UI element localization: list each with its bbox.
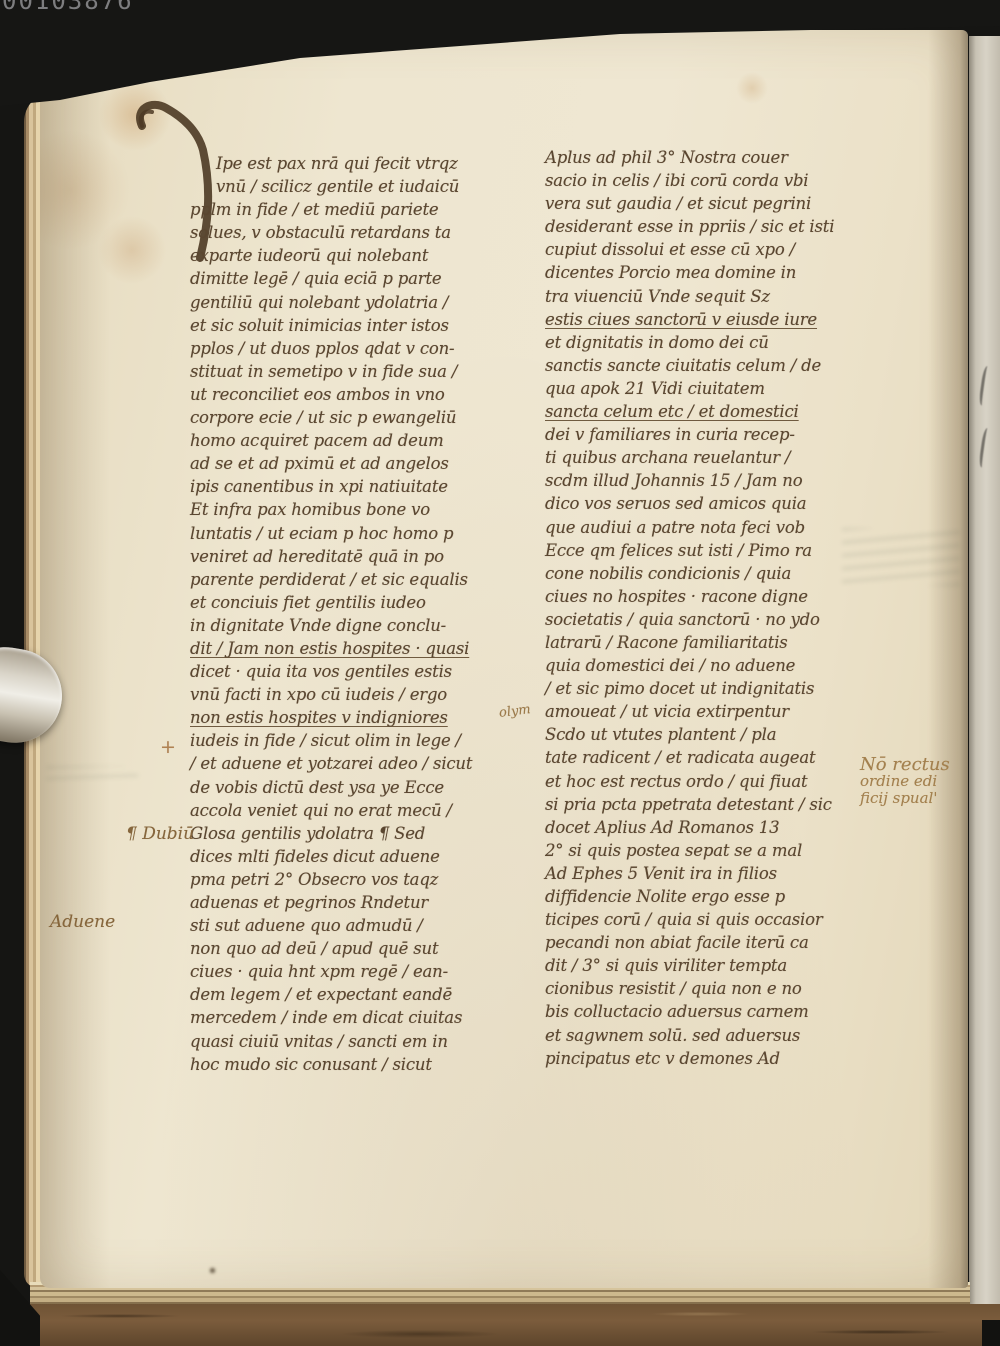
- manuscript-line: in dignitate Vnde digne conclu-: [190, 614, 522, 637]
- facing-page-edge: [969, 36, 1000, 1304]
- manuscript-line: Scdo ut vtutes plantent / pla: [545, 723, 945, 746]
- manuscript-line: cionibus resistit / quia non e no: [545, 977, 945, 1000]
- manuscript-line: / et sic pimo docet ut indignitatis: [545, 677, 945, 700]
- manuscript-line: sanctis sancte ciuitatis celum / de: [545, 354, 945, 377]
- manuscript-line: Et infra pax homibus bone vo: [190, 498, 522, 521]
- facing-page-ink-mark: [978, 366, 992, 407]
- manuscript-line: dico vos seruos sed amicos quia: [545, 492, 945, 515]
- manuscript-line: et sic soluit inimicias inter istos: [190, 314, 522, 337]
- manuscript-line: accola veniet qui no erat mecū /: [190, 799, 522, 822]
- ink-bleedthrough: [842, 528, 960, 586]
- manuscript-line: sancta celum etc / et domestici: [545, 400, 945, 423]
- manuscript-line: latrarū / Racone familiaritatis: [545, 631, 945, 654]
- gutter-shadow: [40, 30, 110, 1288]
- manuscript-line: cupiut dissolui et esse cū xpo /: [545, 238, 945, 261]
- manuscript-line: vera sut gaudia / et sicut pegrini: [545, 192, 945, 215]
- manuscript-line: non quo ad deū / apud quē sut: [190, 937, 522, 960]
- manuscript-line: Aplus ad phil 3° Nostra couer: [545, 146, 945, 169]
- manuscript-line: non estis hospites v indigniores: [190, 706, 522, 729]
- manuscript-line: / et aduene et yotzarei adeo / sicut: [190, 752, 522, 775]
- manuscript-line: bis colluctacio aduersus carnem: [545, 1000, 945, 1023]
- text-column-right: Aplus ad phil 3° Nostra couersacio in ce…: [545, 146, 945, 1070]
- manuscript-line: ciues · quia hnt xpm regē / ean-: [190, 960, 522, 983]
- manuscript-line: tra viuenciū Vnde sequit Sz: [545, 285, 945, 308]
- manuscript-line: dit / Jam non estis hospites · quasi: [190, 637, 522, 660]
- manuscript-line: exparte iudeorū qui nolebant: [190, 244, 522, 267]
- margin-note-rubric-line: ficij spual': [860, 790, 990, 807]
- manuscript-line: aduenas et pegrinos Rndetur: [190, 891, 522, 914]
- manuscript-line: homo acquiret pacem ad deum: [190, 429, 522, 452]
- manuscript-line: dices mlti fideles dicut aduene: [190, 845, 522, 868]
- manuscript-line: estis ciues sanctorū v eiusde iure: [545, 308, 945, 331]
- margin-note-aduene: Aduene: [50, 912, 115, 932]
- manuscript-line: ut reconciliet eos ambos in vno: [190, 383, 522, 406]
- manuscript-line: societatis / quia sanctorū · no ydo: [545, 608, 945, 631]
- manuscript-line: corpore ecie / ut sic p ewangeliū: [190, 406, 522, 429]
- ink-bleedthrough: [46, 766, 138, 784]
- manuscript-line: parente perdiderat / et sic equalis: [190, 568, 522, 591]
- manuscript-line: luntatis / ut eciam p hoc homo p: [190, 522, 522, 545]
- manuscript-line: mercedem / inde em dicat ciuitas: [190, 1006, 522, 1029]
- manuscript-line: diffidencie Nolite ergo esse p: [545, 885, 945, 908]
- manuscript-line: dit / 3° si quis viriliter tempta: [545, 954, 945, 977]
- margin-note-dubium: ¶ Dubiū: [126, 824, 194, 844]
- manuscript-line: quia domestici dei / no aduene: [545, 654, 945, 677]
- manuscript-line: quasi ciuiū vnitas / sancti em in: [190, 1030, 522, 1053]
- manuscript-line: dicentes Porcio mea domine in: [545, 261, 945, 284]
- manuscript-line: vnū facti in xpo cū iudeis / ergo: [190, 683, 522, 706]
- manuscript-line: iudeis in fide / sicut olim in lege /: [190, 729, 522, 752]
- photo-background-corner: [982, 1320, 1000, 1346]
- manuscript-line: et dignitatis in domo dei cū: [545, 331, 945, 354]
- manuscript-line: sacio in celis / ibi corū corda vbi: [545, 169, 945, 192]
- manuscript-line: pma petri 2° Obsecro vos taqz: [190, 868, 522, 891]
- margin-note-rubric-line: ordine edi: [860, 773, 990, 790]
- manuscript-line: dem legem / et expectant eandē: [190, 983, 522, 1006]
- manuscript-line: Ipe est pax nrā qui fecit vtrqz: [190, 152, 522, 175]
- text-column-left: Ipe est pax nrā qui fecit vtrqzvnū / sci…: [190, 152, 522, 1076]
- manuscript-line: ad se et ad pximū et ad angelos: [190, 452, 522, 475]
- manuscript-line: Ad Ephes 5 Venit ira in filios: [545, 862, 945, 885]
- manuscript-line: ciues no hospites · racone digne: [545, 585, 945, 608]
- manuscript-line: desiderant esse in ppriis / sic et isti: [545, 215, 945, 238]
- margin-note-rubric-line: Nō rectus: [860, 756, 990, 773]
- manuscript-line: docet Aplius Ad Romanos 13: [545, 816, 945, 839]
- manuscript-line: amoueat / ut vicia extirpentur: [545, 700, 945, 723]
- manuscript-line: pplos / ut duos pplos qdat v con-: [190, 337, 522, 360]
- manuscript-line: et sagwnem solū. sed aduersus: [545, 1024, 945, 1047]
- manuscript-line: ti quibus archana reuelantur /: [545, 446, 945, 469]
- ink-speck: [210, 1268, 215, 1273]
- manuscript-line: veniret ad hereditatē quā in po: [190, 545, 522, 568]
- manuscript-line: qua apok 21 Vidi ciuitatem: [545, 377, 945, 400]
- manuscript-line: stituat in semetipo v in fide sua /: [190, 360, 522, 383]
- archival-number-stamp: 00103876: [2, 0, 134, 15]
- manuscript-line: solues, v obstaculū retardans ta: [190, 221, 522, 244]
- manuscript-line: gentiliū qui nolebant ydolatria /: [190, 291, 522, 314]
- manuscript-line: dimitte legē / quia eciā p parte: [190, 267, 522, 290]
- book-cover-tail: [0, 1304, 1000, 1346]
- manuscript-line: pplm in fide / et mediū pariete: [190, 198, 522, 221]
- margin-cross-mark: +: [160, 736, 176, 758]
- manuscript-line: dei v familiares in curia recep-: [545, 423, 945, 446]
- manuscript-line: 2° si quis postea sepat se a mal: [545, 839, 945, 862]
- manuscript-line: vnū / scilicz gentile et iudaicū: [190, 175, 522, 198]
- manuscript-line: ticipes corū / quia si quis occasior: [545, 908, 945, 931]
- manuscript-line: Glosa gentilis ydolatra ¶ Sed: [190, 822, 522, 845]
- manuscript-line: dicet · quia ita vos gentiles estis: [190, 660, 522, 683]
- manuscript-line: pecandi non abiat facile iterū ca: [545, 931, 945, 954]
- manuscript-line: scdm illud Johannis 15 / Jam no: [545, 469, 945, 492]
- manuscript-line: pincipatus etc v demones Ad: [545, 1047, 945, 1070]
- manuscript-line: ipis canentibus in xpi natiuitate: [190, 475, 522, 498]
- manuscript-line: sti sut aduene quo admudū /: [190, 914, 522, 937]
- facing-page-ink-mark: [978, 428, 992, 469]
- margin-note-rubric: Nō rectus ordine edi ficij spual': [860, 756, 990, 807]
- manuscript-line: hoc mudo sic conusant / sicut: [190, 1053, 522, 1076]
- manuscript-line: et conciuis fiet gentilis iudeo: [190, 591, 522, 614]
- manuscript-line: de vobis dictū dest ysa ye Ecce: [190, 776, 522, 799]
